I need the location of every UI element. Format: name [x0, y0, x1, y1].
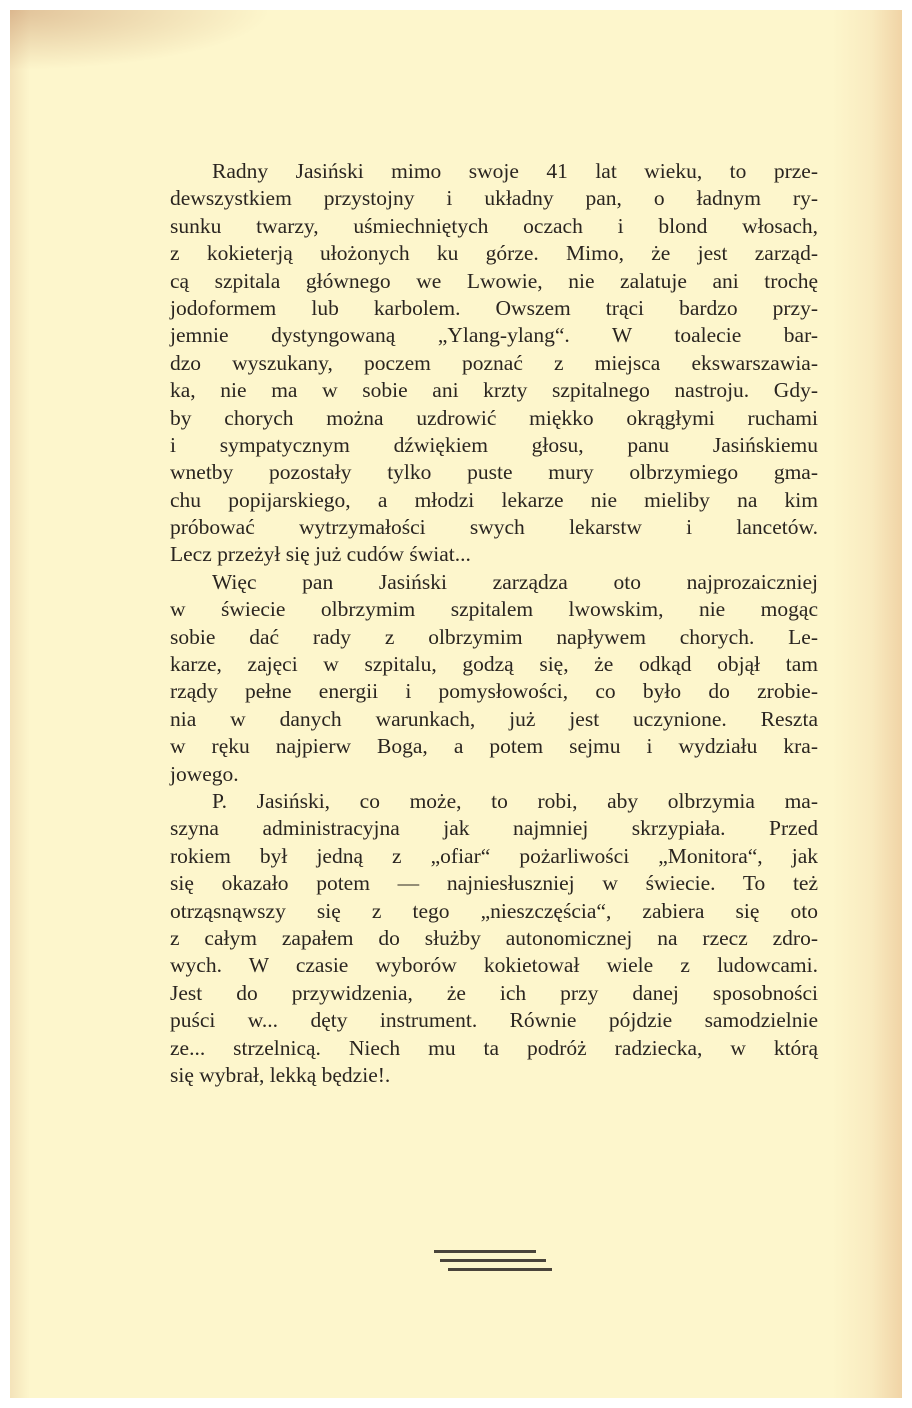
text-line: się okazało potem — najniesłuszniej w św… [170, 870, 818, 897]
text-line: chu popijarskiego, a młodzi lekarze nie … [170, 487, 818, 514]
end-ornament [420, 1250, 550, 1277]
text-line: jodoformem lub karbolem. Owszem trąci ba… [170, 295, 818, 322]
text-line: i sympatycznym dźwiękiem głosu, panu Jas… [170, 432, 818, 459]
text-line: sobie dać rady z olbrzymim napływem chor… [170, 624, 818, 651]
text-line: Więc pan Jasiński zarządza oto najprozai… [170, 569, 818, 596]
text-line: ka, nie ma w sobie ani krzty szpitalnego… [170, 377, 818, 404]
text-line: Lecz przeżył się już cudów świat... [170, 541, 818, 568]
text-line: jowego. [170, 761, 818, 788]
text-line: P. Jasiński, co może, to robi, aby olbrz… [170, 788, 818, 815]
ornament-rule [434, 1250, 536, 1253]
body-text: Radny Jasiński mimo swoje 41 lat wieku, … [170, 158, 818, 1089]
text-line: sunku twarzy, uśmiechniętych oczach i bl… [170, 213, 818, 240]
text-line: rokiem był jedną z „ofiar“ pożarliwości … [170, 843, 818, 870]
text-line: by chorych można uzdrowić miękko okrągły… [170, 405, 818, 432]
text-line: jemnie dystyngowaną „Ylang-ylang“. W toa… [170, 322, 818, 349]
text-line: otrząsnąwszy się z tego „nieszczęścia“, … [170, 898, 818, 925]
text-line: w świecie olbrzymim szpitalem lwowskim, … [170, 596, 818, 623]
text-line: wnetby pozostały tylko puste mury olbrzy… [170, 459, 818, 486]
text-line: próbować wytrzymałości swych lekarstw i … [170, 514, 818, 541]
text-line: dzo wyszukany, poczem poznać z miejsca e… [170, 350, 818, 377]
text-line: Jest do przywidzenia, że ich przy danej … [170, 980, 818, 1007]
text-line: puści w... dęty instrument. Równie pójdz… [170, 1007, 818, 1034]
text-line: w ręku najpierw Boga, a potem sejmu i wy… [170, 733, 818, 760]
text-line: rządy pełne energii i pomysłowości, co b… [170, 678, 818, 705]
text-line: się wybrał, lekką będzie!. [170, 1062, 818, 1089]
text-line: nia w danych warunkach, już jest uczynio… [170, 706, 818, 733]
paragraph-1: Radny Jasiński mimo swoje 41 lat wieku, … [170, 158, 818, 569]
text-line: cą szpitala głównego we Lwowie, nie zala… [170, 268, 818, 295]
text-line: wych. W czasie wyborów kokietował wiele … [170, 952, 818, 979]
text-line: z kokieterją ułożonych ku górze. Mimo, ż… [170, 240, 818, 267]
ornament-rule [440, 1259, 546, 1262]
paragraph-2: Więc pan Jasiński zarządza oto najprozai… [170, 569, 818, 788]
book-page: Radny Jasiński mimo swoje 41 lat wieku, … [10, 10, 902, 1398]
text-line: Radny Jasiński mimo swoje 41 lat wieku, … [170, 158, 818, 185]
text-line: z całym zapałem do służby autonomicznej … [170, 925, 818, 952]
text-line: ze... strzelnicą. Niech mu ta podróż rad… [170, 1035, 818, 1062]
ornament-rule [448, 1268, 552, 1271]
text-line: szyna administracyjna jak najmniej skrzy… [170, 815, 818, 842]
text-line: karze, zajęci w szpitalu, godzą się, że … [170, 651, 818, 678]
paragraph-3: P. Jasiński, co może, to robi, aby olbrz… [170, 788, 818, 1089]
text-line: dewszystkiem przystojny i układny pan, o… [170, 185, 818, 212]
